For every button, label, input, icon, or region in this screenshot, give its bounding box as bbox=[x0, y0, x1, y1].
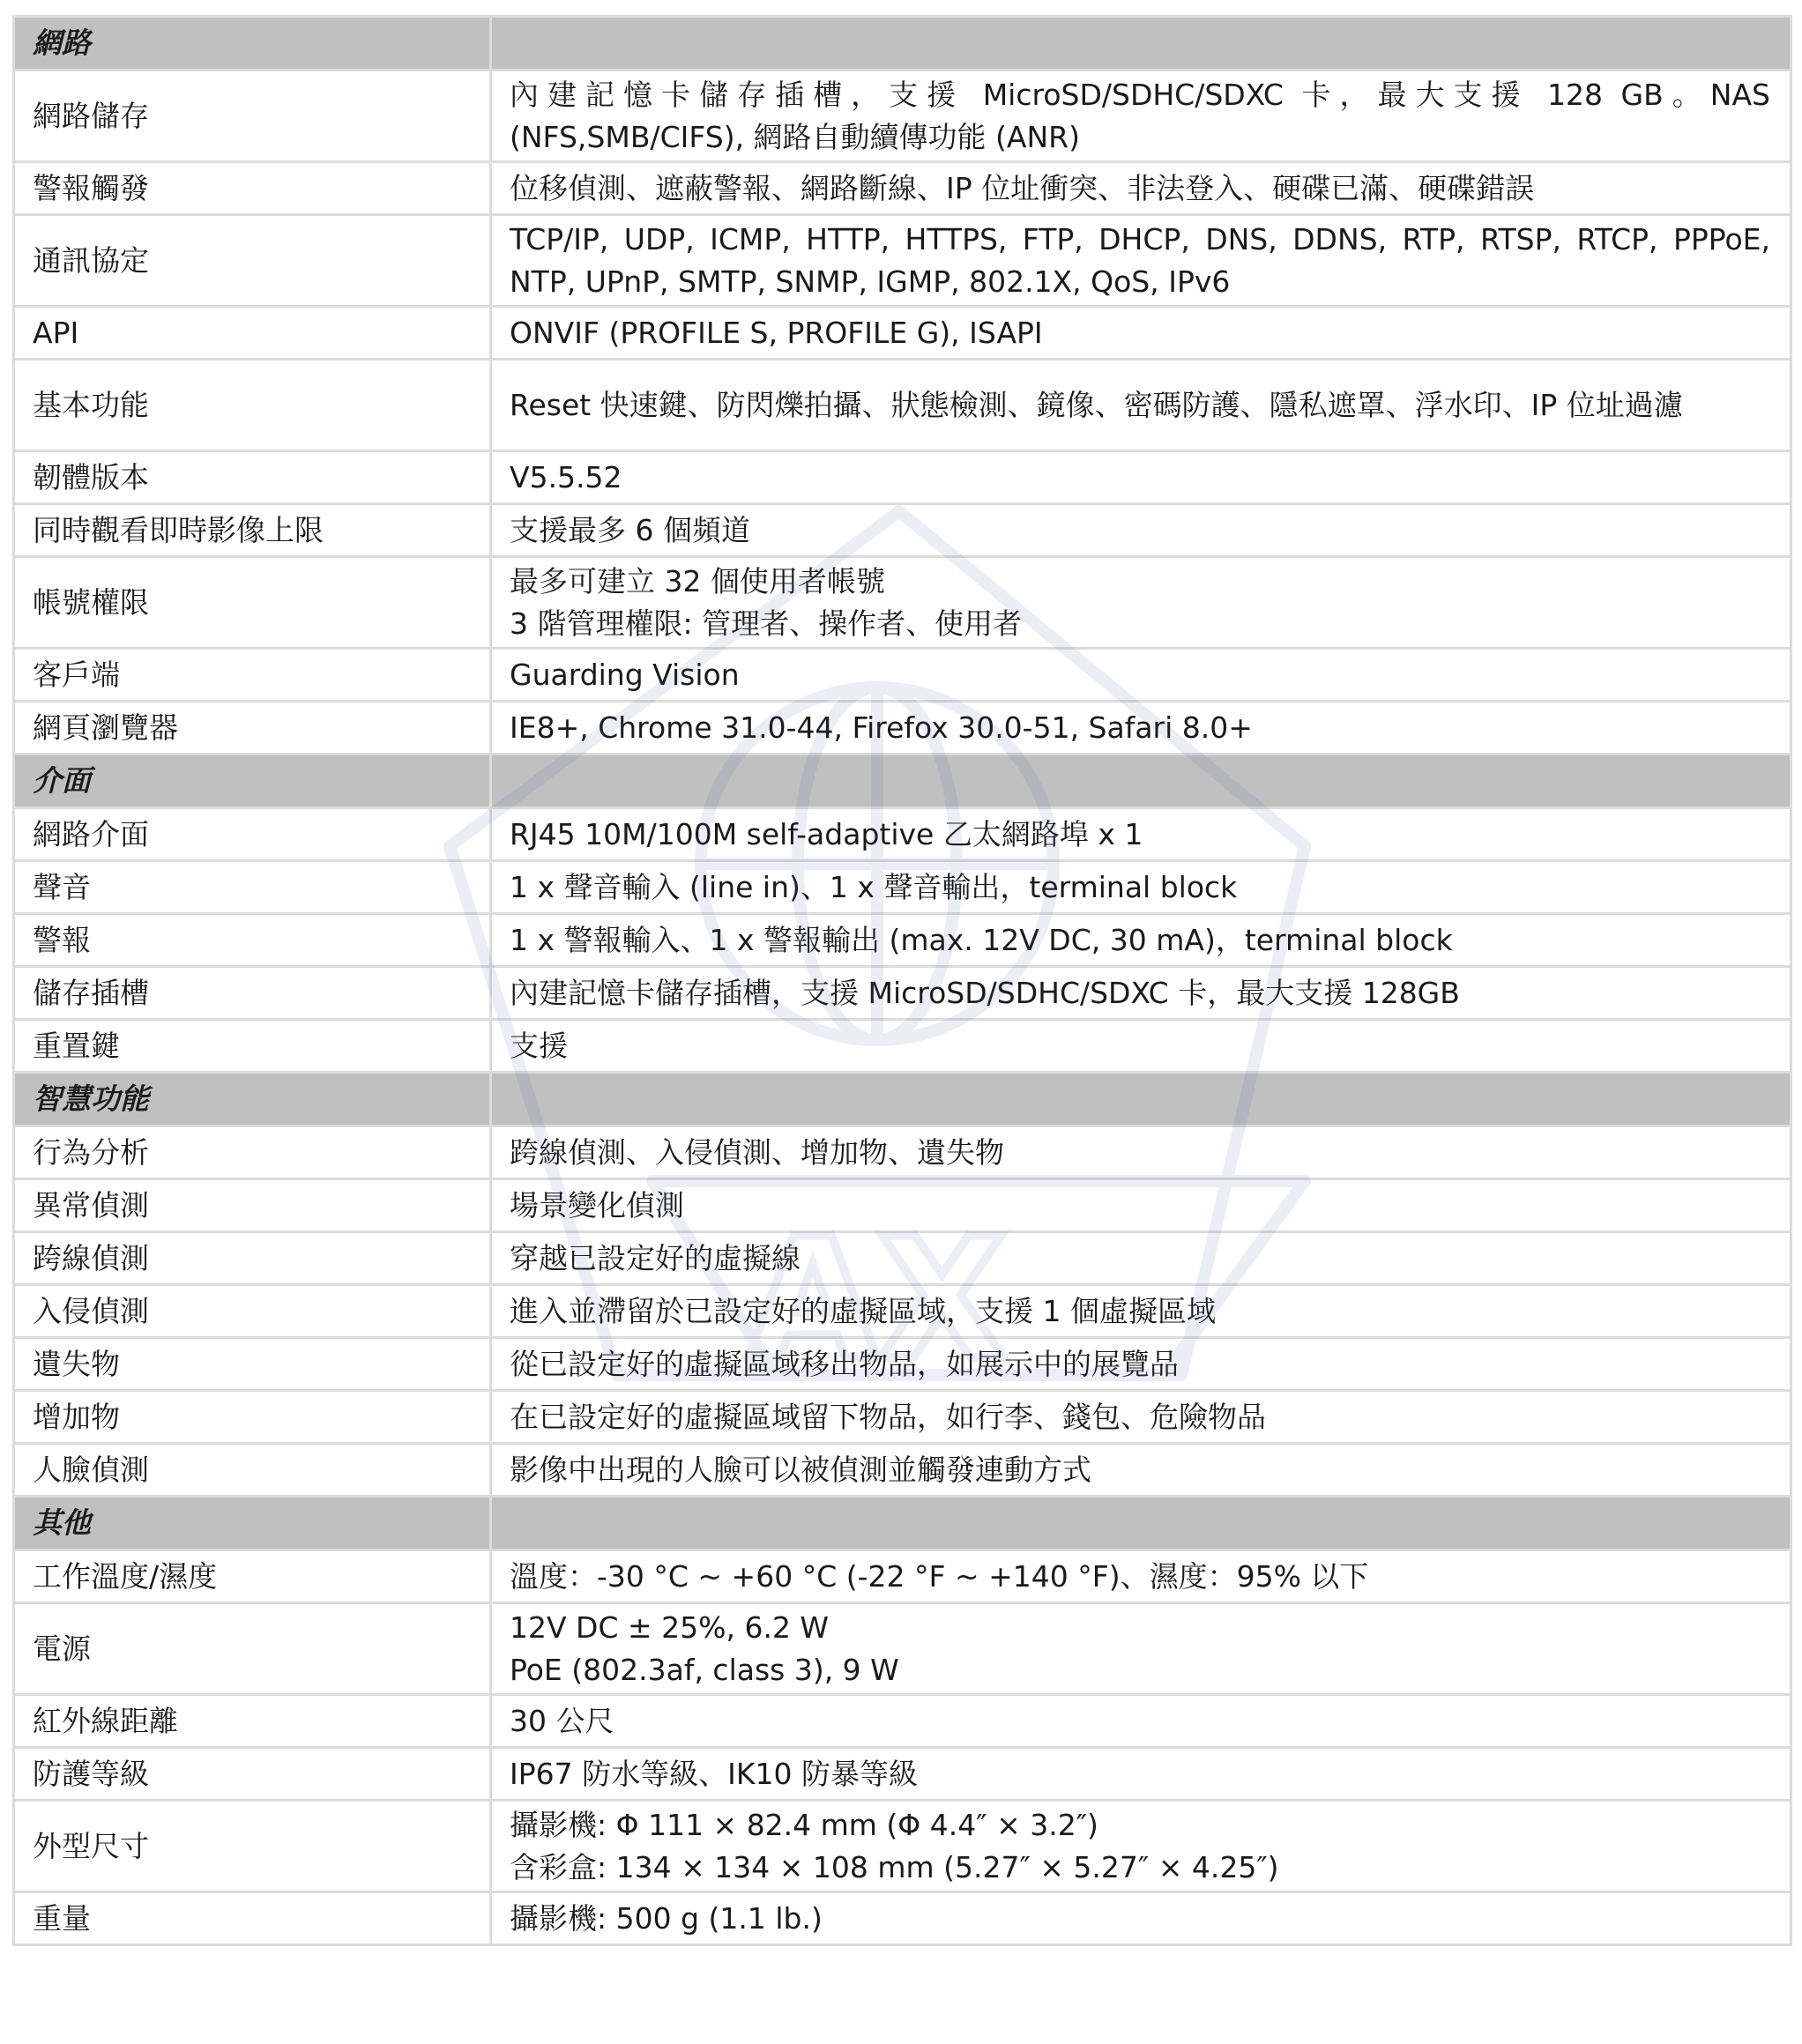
spec-label: 增加物 bbox=[14, 1391, 491, 1444]
table-row: API ONVIF (PROFILE S, PROFILE G), ISAPI bbox=[14, 307, 1791, 360]
spec-label: 網頁瀏覽器 bbox=[14, 702, 491, 754]
spec-value: 穿越已設定好的虛擬線 bbox=[491, 1232, 1791, 1285]
table-row: 網路儲存 內建記憶卡儲存插槽，支援 MicroSD/SDHC/SDXC 卡，最大… bbox=[14, 71, 1791, 162]
spec-label: 重置鍵 bbox=[14, 1020, 491, 1073]
spec-value: 攝影機: 500 g (1.1 lb.) bbox=[491, 1892, 1791, 1945]
table-row: 通訊協定 TCP/IP, UDP, ICMP, HTTP, HTTPS, FTP… bbox=[14, 215, 1791, 307]
spec-label: 防護等級 bbox=[14, 1748, 491, 1801]
table-row: 韌體版本 V5.5.52 bbox=[14, 451, 1791, 504]
section-title: 網路 bbox=[14, 17, 491, 71]
spec-value: 溫度：-30 °C ~ +60 °C (-22 °F ~ +140 °F)、濕度… bbox=[491, 1550, 1791, 1603]
spec-table-body: 網路 網路儲存 內建記憶卡儲存插槽，支援 MicroSD/SDHC/SDXC 卡… bbox=[14, 17, 1791, 1945]
spec-label: 同時觀看即時影像上限 bbox=[14, 504, 491, 557]
spec-label: API bbox=[14, 307, 491, 360]
table-row: 重置鍵 支援 bbox=[14, 1020, 1791, 1073]
spec-label: 人臉偵測 bbox=[14, 1444, 491, 1497]
spec-value: 12V DC ± 25%, 6.2 W PoE (802.3af, class … bbox=[491, 1603, 1791, 1695]
spec-label: 客戶端 bbox=[14, 649, 491, 702]
section-title: 智慧功能 bbox=[14, 1073, 491, 1126]
spec-label: 通訊協定 bbox=[14, 215, 491, 307]
table-row: 重量 攝影機: 500 g (1.1 lb.) bbox=[14, 1892, 1791, 1945]
spec-value: 跨線偵測、入侵偵測、增加物、遺失物 bbox=[491, 1126, 1791, 1179]
table-row: 客戶端 Guarding Vision bbox=[14, 649, 1791, 702]
table-row: 聲音 1 x 聲音輸入 (line in)、1 x 聲音輸出，terminal … bbox=[14, 861, 1791, 914]
table-row: 儲存插槽 內建記憶卡儲存插槽，支援 MicroSD/SDHC/SDXC 卡，最大… bbox=[14, 967, 1791, 1020]
table-row: 警報觸發 位移偵測、遮蔽警報、網路斷線、IP 位址衝突、非法登入、硬碟已滿、硬碟… bbox=[14, 162, 1791, 215]
section-header-filler bbox=[491, 17, 1791, 71]
table-row: 增加物 在已設定好的虛擬區域留下物品，如行李、錢包、危險物品 bbox=[14, 1391, 1791, 1444]
spec-value: 1 x 警報輸入、1 x 警報輸出 (max. 12V DC, 30 mA)，t… bbox=[491, 914, 1791, 967]
spec-value: 1 x 聲音輸入 (line in)、1 x 聲音輸出，terminal blo… bbox=[491, 861, 1791, 914]
table-row: 行為分析 跨線偵測、入侵偵測、增加物、遺失物 bbox=[14, 1126, 1791, 1179]
spec-value: 影像中出現的人臉可以被偵測並觸發連動方式 bbox=[491, 1444, 1791, 1497]
section-title: 介面 bbox=[14, 754, 491, 808]
spec-value: 30 公尺 bbox=[491, 1695, 1791, 1748]
spec-label: 韌體版本 bbox=[14, 451, 491, 504]
spec-label: 網路儲存 bbox=[14, 71, 491, 162]
spec-value: V5.5.52 bbox=[491, 451, 1791, 504]
spec-value: 攝影機: Φ 111 × 82.4 mm (Φ 4.4″ × 3.2″) 含彩盒… bbox=[491, 1801, 1791, 1892]
table-row: 工作溫度/濕度 溫度：-30 °C ~ +60 °C (-22 °F ~ +14… bbox=[14, 1550, 1791, 1603]
spec-label: 警報觸發 bbox=[14, 162, 491, 215]
spec-value: 支援最多 6 個頻道 bbox=[491, 504, 1791, 557]
spec-value: 從已設定好的虛擬區域移出物品，如展示中的展覽品 bbox=[491, 1338, 1791, 1391]
section-header-smart-features: 智慧功能 bbox=[14, 1073, 1791, 1126]
table-row: 基本功能 Reset 快速鍵、防閃爍拍攝、狀態檢測、鏡像、密碼防護、隱私遮罩、浮… bbox=[14, 360, 1791, 451]
spec-label: 網路介面 bbox=[14, 808, 491, 861]
table-row: 警報 1 x 警報輸入、1 x 警報輸出 (max. 12V DC, 30 mA… bbox=[14, 914, 1791, 967]
section-header-other: 其他 bbox=[14, 1497, 1791, 1550]
spec-label: 儲存插槽 bbox=[14, 967, 491, 1020]
spec-value: Guarding Vision bbox=[491, 649, 1791, 702]
section-header-network: 網路 bbox=[14, 17, 1791, 71]
spec-value: 進入並滯留於已設定好的虛擬區域，支援 1 個虛擬區域 bbox=[491, 1285, 1791, 1338]
section-header-interface: 介面 bbox=[14, 754, 1791, 808]
spec-value: 位移偵測、遮蔽警報、網路斷線、IP 位址衝突、非法登入、硬碟已滿、硬碟錯誤 bbox=[491, 162, 1791, 215]
section-header-filler bbox=[491, 1073, 1791, 1126]
spec-label: 入侵偵測 bbox=[14, 1285, 491, 1338]
table-row: 紅外線距離 30 公尺 bbox=[14, 1695, 1791, 1748]
spec-value: IE8+, Chrome 31.0-44, Firefox 30.0-51, S… bbox=[491, 702, 1791, 754]
spec-label: 帳號權限 bbox=[14, 557, 491, 649]
spec-label: 跨線偵測 bbox=[14, 1232, 491, 1285]
spec-label: 聲音 bbox=[14, 861, 491, 914]
table-row: 同時觀看即時影像上限 支援最多 6 個頻道 bbox=[14, 504, 1791, 557]
spec-value: 在已設定好的虛擬區域留下物品，如行李、錢包、危險物品 bbox=[491, 1391, 1791, 1444]
spec-label: 基本功能 bbox=[14, 360, 491, 451]
spec-label: 外型尺寸 bbox=[14, 1801, 491, 1892]
table-row: 跨線偵測 穿越已設定好的虛擬線 bbox=[14, 1232, 1791, 1285]
table-row: 入侵偵測 進入並滯留於已設定好的虛擬區域，支援 1 個虛擬區域 bbox=[14, 1285, 1791, 1338]
table-row: 遺失物 從已設定好的虛擬區域移出物品，如展示中的展覽品 bbox=[14, 1338, 1791, 1391]
spec-value: 內建記憶卡儲存插槽，支援 MicroSD/SDHC/SDXC 卡，最大支援 12… bbox=[491, 71, 1791, 162]
table-row: 網路介面 RJ45 10M/100M self-adaptive 乙太網路埠 x… bbox=[14, 808, 1791, 861]
spec-label: 工作溫度/濕度 bbox=[14, 1550, 491, 1603]
spec-label: 異常偵測 bbox=[14, 1179, 491, 1232]
table-row: 防護等級 IP67 防水等級、IK10 防暴等級 bbox=[14, 1748, 1791, 1801]
table-row: 帳號權限 最多可建立 32 個使用者帳號 3 階管理權限: 管理者、操作者、使用… bbox=[14, 557, 1791, 649]
table-row: 人臉偵測 影像中出現的人臉可以被偵測並觸發連動方式 bbox=[14, 1444, 1791, 1497]
spec-label: 行為分析 bbox=[14, 1126, 491, 1179]
spec-value: Reset 快速鍵、防閃爍拍攝、狀態檢測、鏡像、密碼防護、隱私遮罩、浮水印、IP… bbox=[491, 360, 1791, 451]
spec-value: ONVIF (PROFILE S, PROFILE G), ISAPI bbox=[491, 307, 1791, 360]
spec-label: 警報 bbox=[14, 914, 491, 967]
spec-value: RJ45 10M/100M self-adaptive 乙太網路埠 x 1 bbox=[491, 808, 1791, 861]
table-row: 外型尺寸 攝影機: Φ 111 × 82.4 mm (Φ 4.4″ × 3.2″… bbox=[14, 1801, 1791, 1892]
table-row: 網頁瀏覽器 IE8+, Chrome 31.0-44, Firefox 30.0… bbox=[14, 702, 1791, 754]
section-header-filler bbox=[491, 754, 1791, 808]
spec-value: 支援 bbox=[491, 1020, 1791, 1073]
spec-value: 內建記憶卡儲存插槽，支援 MicroSD/SDHC/SDXC 卡，最大支援 12… bbox=[491, 967, 1791, 1020]
section-title: 其他 bbox=[14, 1497, 491, 1550]
table-row: 電源 12V DC ± 25%, 6.2 W PoE (802.3af, cla… bbox=[14, 1603, 1791, 1695]
spec-value: 最多可建立 32 個使用者帳號 3 階管理權限: 管理者、操作者、使用者 bbox=[491, 557, 1791, 649]
spec-table: 網路 網路儲存 內建記憶卡儲存插槽，支援 MicroSD/SDHC/SDXC 卡… bbox=[12, 15, 1792, 1946]
spec-value: IP67 防水等級、IK10 防暴等級 bbox=[491, 1748, 1791, 1801]
spec-label: 重量 bbox=[14, 1892, 491, 1945]
spec-label: 遺失物 bbox=[14, 1338, 491, 1391]
spec-value: 場景變化偵測 bbox=[491, 1179, 1791, 1232]
spec-label: 紅外線距離 bbox=[14, 1695, 491, 1748]
spec-value: TCP/IP, UDP, ICMP, HTTP, HTTPS, FTP, DHC… bbox=[491, 215, 1791, 307]
spec-label: 電源 bbox=[14, 1603, 491, 1695]
section-header-filler bbox=[491, 1497, 1791, 1550]
table-row: 異常偵測 場景變化偵測 bbox=[14, 1179, 1791, 1232]
